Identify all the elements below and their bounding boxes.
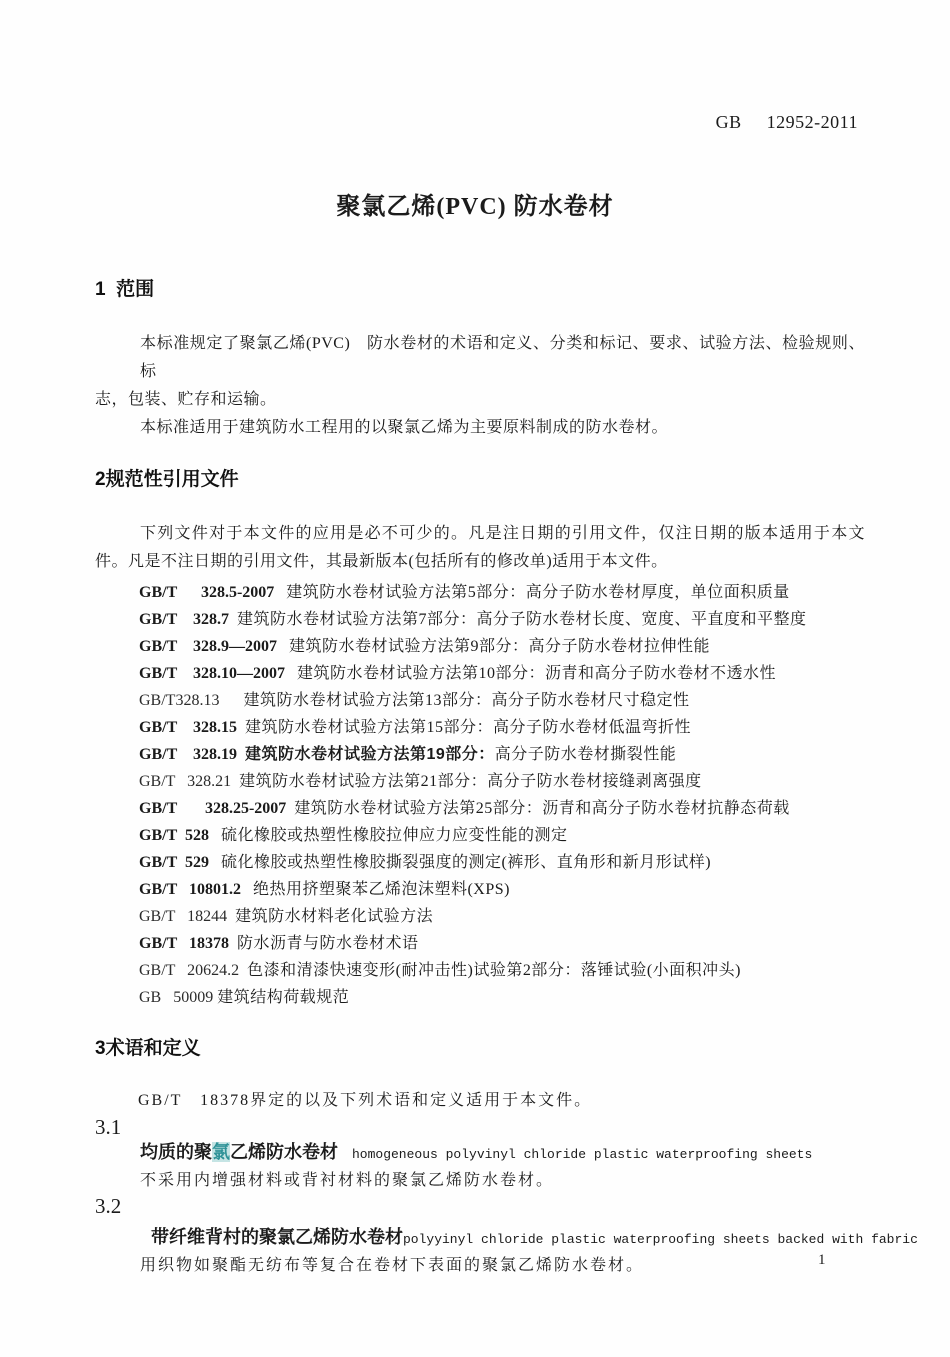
reference-item: GB/T 18244 建筑防水材料老化试验方法 bbox=[139, 903, 865, 930]
reference-item: GB/T 328.9—2007 建筑防水卷材试验方法第9部分：高分子防水卷材拉伸… bbox=[139, 633, 865, 660]
term-number: 3.1 bbox=[95, 1115, 865, 1139]
references-list: GB/T 328.5-2007 建筑防水卷材试验方法第5部分：高分子防水卷材厚度… bbox=[95, 579, 865, 1011]
reference-item: GB/T 10801.2 绝热用挤塑聚苯乙烯泡沫塑料(XPS) bbox=[139, 876, 865, 903]
document-page: GB 12952-2011 聚氯乙烯(PVC) 防水卷材 1 范围 本标准规定了… bbox=[0, 0, 950, 1357]
reference-item: GB/T 328.10—2007 建筑防水卷材试验方法第10部分：沥青和高分子防… bbox=[139, 660, 865, 687]
paragraph-line: 本标准规定了聚氯乙烯(PVC) 防水卷材的术语和定义、分类和标记、要求、试验方法… bbox=[95, 330, 865, 386]
term-zh: 带纤维背村的聚氯乙烯防水卷材 bbox=[151, 1227, 403, 1247]
reference-title-emphasis: 建筑防水卷材试验方法第19部分： bbox=[245, 746, 495, 763]
reference-code: GB/T 529 bbox=[139, 854, 221, 871]
reference-title: 硫化橡胶或热塑性橡胶拉伸应力应变性能的测定 bbox=[221, 827, 568, 844]
term-definition: 不采用内增强材料或背衬材料的聚氯乙烯防水卷材。 bbox=[95, 1168, 865, 1194]
reference-code: GB/T 528 bbox=[139, 827, 221, 844]
section1-heading: 1 范围 bbox=[95, 278, 865, 302]
reference-code: GB/T 328.7 bbox=[139, 611, 237, 628]
reference-title: 建筑防水卷材试验方法第13部分：高分子防水卷材尺寸稳定性 bbox=[243, 692, 689, 709]
reference-item: GB/T 328.19 建筑防水卷材试验方法第19部分：高分子防水卷材撕裂性能 bbox=[139, 741, 865, 768]
reference-item: GB/T 328.5-2007 建筑防水卷材试验方法第5部分：高分子防水卷材厚度… bbox=[139, 579, 865, 606]
document-title: 聚氯乙烯(PVC) 防水卷材 bbox=[0, 186, 950, 221]
paragraph-line: 件。凡是不注日期的引用文件，其最新版本(包括所有的修改单)适用于本文件。 bbox=[95, 548, 865, 576]
reference-code: GB/T 328.19 bbox=[139, 746, 245, 763]
reference-code: GB/T 10801.2 bbox=[139, 881, 253, 898]
reference-item: GB/T 328.21 建筑防水卷材试验方法第21部分：高分子防水卷材接缝剥离强… bbox=[139, 768, 865, 795]
reference-code: GB/T 18378 bbox=[139, 935, 237, 952]
reference-item: GB/T 328.7 建筑防水卷材试验方法第7部分：高分子防水卷材长度、宽度、平… bbox=[139, 606, 865, 633]
page-number: 1 bbox=[818, 1252, 826, 1269]
reference-title: 建筑防水卷材试验方法第9部分：高分子防水卷材拉伸性能 bbox=[289, 638, 710, 655]
reference-title: 硫化橡胶或热塑性橡胶撕裂强度的测定(裤形、直角形和新月形试样) bbox=[221, 854, 711, 871]
term-zh: 乙烯防水卷材 bbox=[230, 1142, 338, 1162]
reference-code: GB/T 20624.2 bbox=[139, 962, 247, 979]
reference-item: GB/T 528 硫化橡胶或热塑性橡胶拉伸应力应变性能的测定 bbox=[139, 822, 865, 849]
term-definition: 用织物如聚酯无纺布等复合在卷材下表面的聚氯乙烯防水卷材。 bbox=[95, 1253, 865, 1279]
paragraph-line: 下列文件对于本文件的应用是必不可少的。凡是注日期的引用文件，仅注日期的版本适用于… bbox=[95, 520, 865, 548]
reference-code: GB/T 328.25-2007 bbox=[139, 800, 294, 817]
reference-code: GB/T 328.10—2007 bbox=[139, 665, 297, 682]
reference-code: GB/T 328.5-2007 bbox=[139, 584, 286, 601]
term-zh: 均质的聚 bbox=[140, 1142, 212, 1162]
section2-intro: 下列文件对于本文件的应用是必不可少的。凡是注日期的引用文件，仅注日期的版本适用于… bbox=[95, 520, 865, 576]
reference-title: 建筑防水卷材试验方法第21部分：高分子防水卷材接缝剥离强度 bbox=[239, 773, 702, 790]
reference-item: GB/T 529 硫化橡胶或热塑性橡胶撕裂强度的测定(裤形、直角形和新月形试样) bbox=[139, 849, 865, 876]
reference-code: GB/T 328.15 bbox=[139, 719, 245, 736]
terms-intro: GB/T 18378界定的以及下列术语和定义适用于本文件。 bbox=[95, 1087, 865, 1115]
paragraph-line: 本标准适用于建筑防水工程用的以聚氯乙烯为主要原料制成的防水卷材。 bbox=[95, 414, 865, 442]
reference-item: GB 50009 建筑结构荷载规范 bbox=[139, 984, 865, 1011]
reference-item: GB/T 18378 防水沥青与防水卷材术语 bbox=[139, 930, 865, 957]
reference-title: 绝热用挤塑聚苯乙烯泡沫塑料(XPS) bbox=[253, 881, 510, 898]
reference-title: 建筑防水卷材试验方法第5部分：高分子防水卷材厚度，单位面积质量 bbox=[286, 584, 790, 601]
reference-title: 高分子防水卷材撕裂性能 bbox=[495, 746, 677, 763]
reference-code: GB/T 328.9—2007 bbox=[139, 638, 289, 655]
term-en: homogeneous polyvinyl chloride plastic w… bbox=[352, 1147, 812, 1162]
reference-title: 防水沥青与防水卷材术语 bbox=[237, 935, 419, 952]
reference-item: GB/T 328.15 建筑防水卷材试验方法第15部分：高分子防水卷材低温弯折性 bbox=[139, 714, 865, 741]
reference-title: 建筑防水卷材试验方法第7部分：高分子防水卷材长度、宽度、平直度和平整度 bbox=[237, 611, 807, 628]
reference-title: 建筑结构荷载规范 bbox=[217, 989, 349, 1006]
term-title: 均质的聚氯乙烯防水卷材homogeneous polyvinyl chlorid… bbox=[95, 1139, 865, 1168]
reference-code: GB/T328.13 bbox=[139, 692, 243, 709]
term-number: 3.2 bbox=[95, 1194, 865, 1218]
reference-title: 色漆和清漆快速变形(耐冲击性)试验第2部分：落锤试验(小面积冲头) bbox=[247, 962, 741, 979]
reference-item: GB/T328.13 建筑防水卷材试验方法第13部分：高分子防水卷材尺寸稳定性 bbox=[139, 687, 865, 714]
reference-item: GB/T 328.25-2007 建筑防水卷材试验方法第25部分：沥青和高分子防… bbox=[139, 795, 865, 822]
reference-title: 建筑防水材料老化试验方法 bbox=[235, 908, 433, 925]
doc-code: GB 12952-2011 bbox=[716, 112, 858, 133]
reference-code: GB 50009 bbox=[139, 989, 217, 1006]
reference-title: 建筑防水卷材试验方法第25部分：沥青和高分子防水卷材抗静态荷载 bbox=[294, 800, 790, 817]
reference-title: 建筑防水卷材试验方法第10部分：沥青和高分子防水卷材不透水性 bbox=[297, 665, 776, 682]
document-body: 1 范围 本标准规定了聚氯乙烯(PVC) 防水卷材的术语和定义、分类和标记、要求… bbox=[95, 270, 865, 1279]
highlighted-char: 氯 bbox=[212, 1142, 230, 1162]
section2-heading: 2规范性引用文件 bbox=[95, 468, 865, 492]
section3-heading: 3术语和定义 bbox=[95, 1037, 865, 1061]
reference-item: GB/T 20624.2 色漆和清漆快速变形(耐冲击性)试验第2部分：落锤试验(… bbox=[139, 957, 865, 984]
paragraph-line: 志，包装、贮存和运输。 bbox=[95, 386, 865, 414]
reference-code: GB/T 18244 bbox=[139, 908, 235, 925]
term-en: polyyinyl chloride plastic waterproofing… bbox=[403, 1232, 918, 1247]
term-title: 带纤维背村的聚氯乙烯防水卷材polyyinyl chloride plastic… bbox=[95, 1224, 865, 1253]
reference-code: GB/T 328.21 bbox=[139, 773, 239, 790]
reference-title: 建筑防水卷材试验方法第15部分：高分子防水卷材低温弯折性 bbox=[245, 719, 691, 736]
section1-paragraphs: 本标准规定了聚氯乙烯(PVC) 防水卷材的术语和定义、分类和标记、要求、试验方法… bbox=[95, 330, 865, 442]
